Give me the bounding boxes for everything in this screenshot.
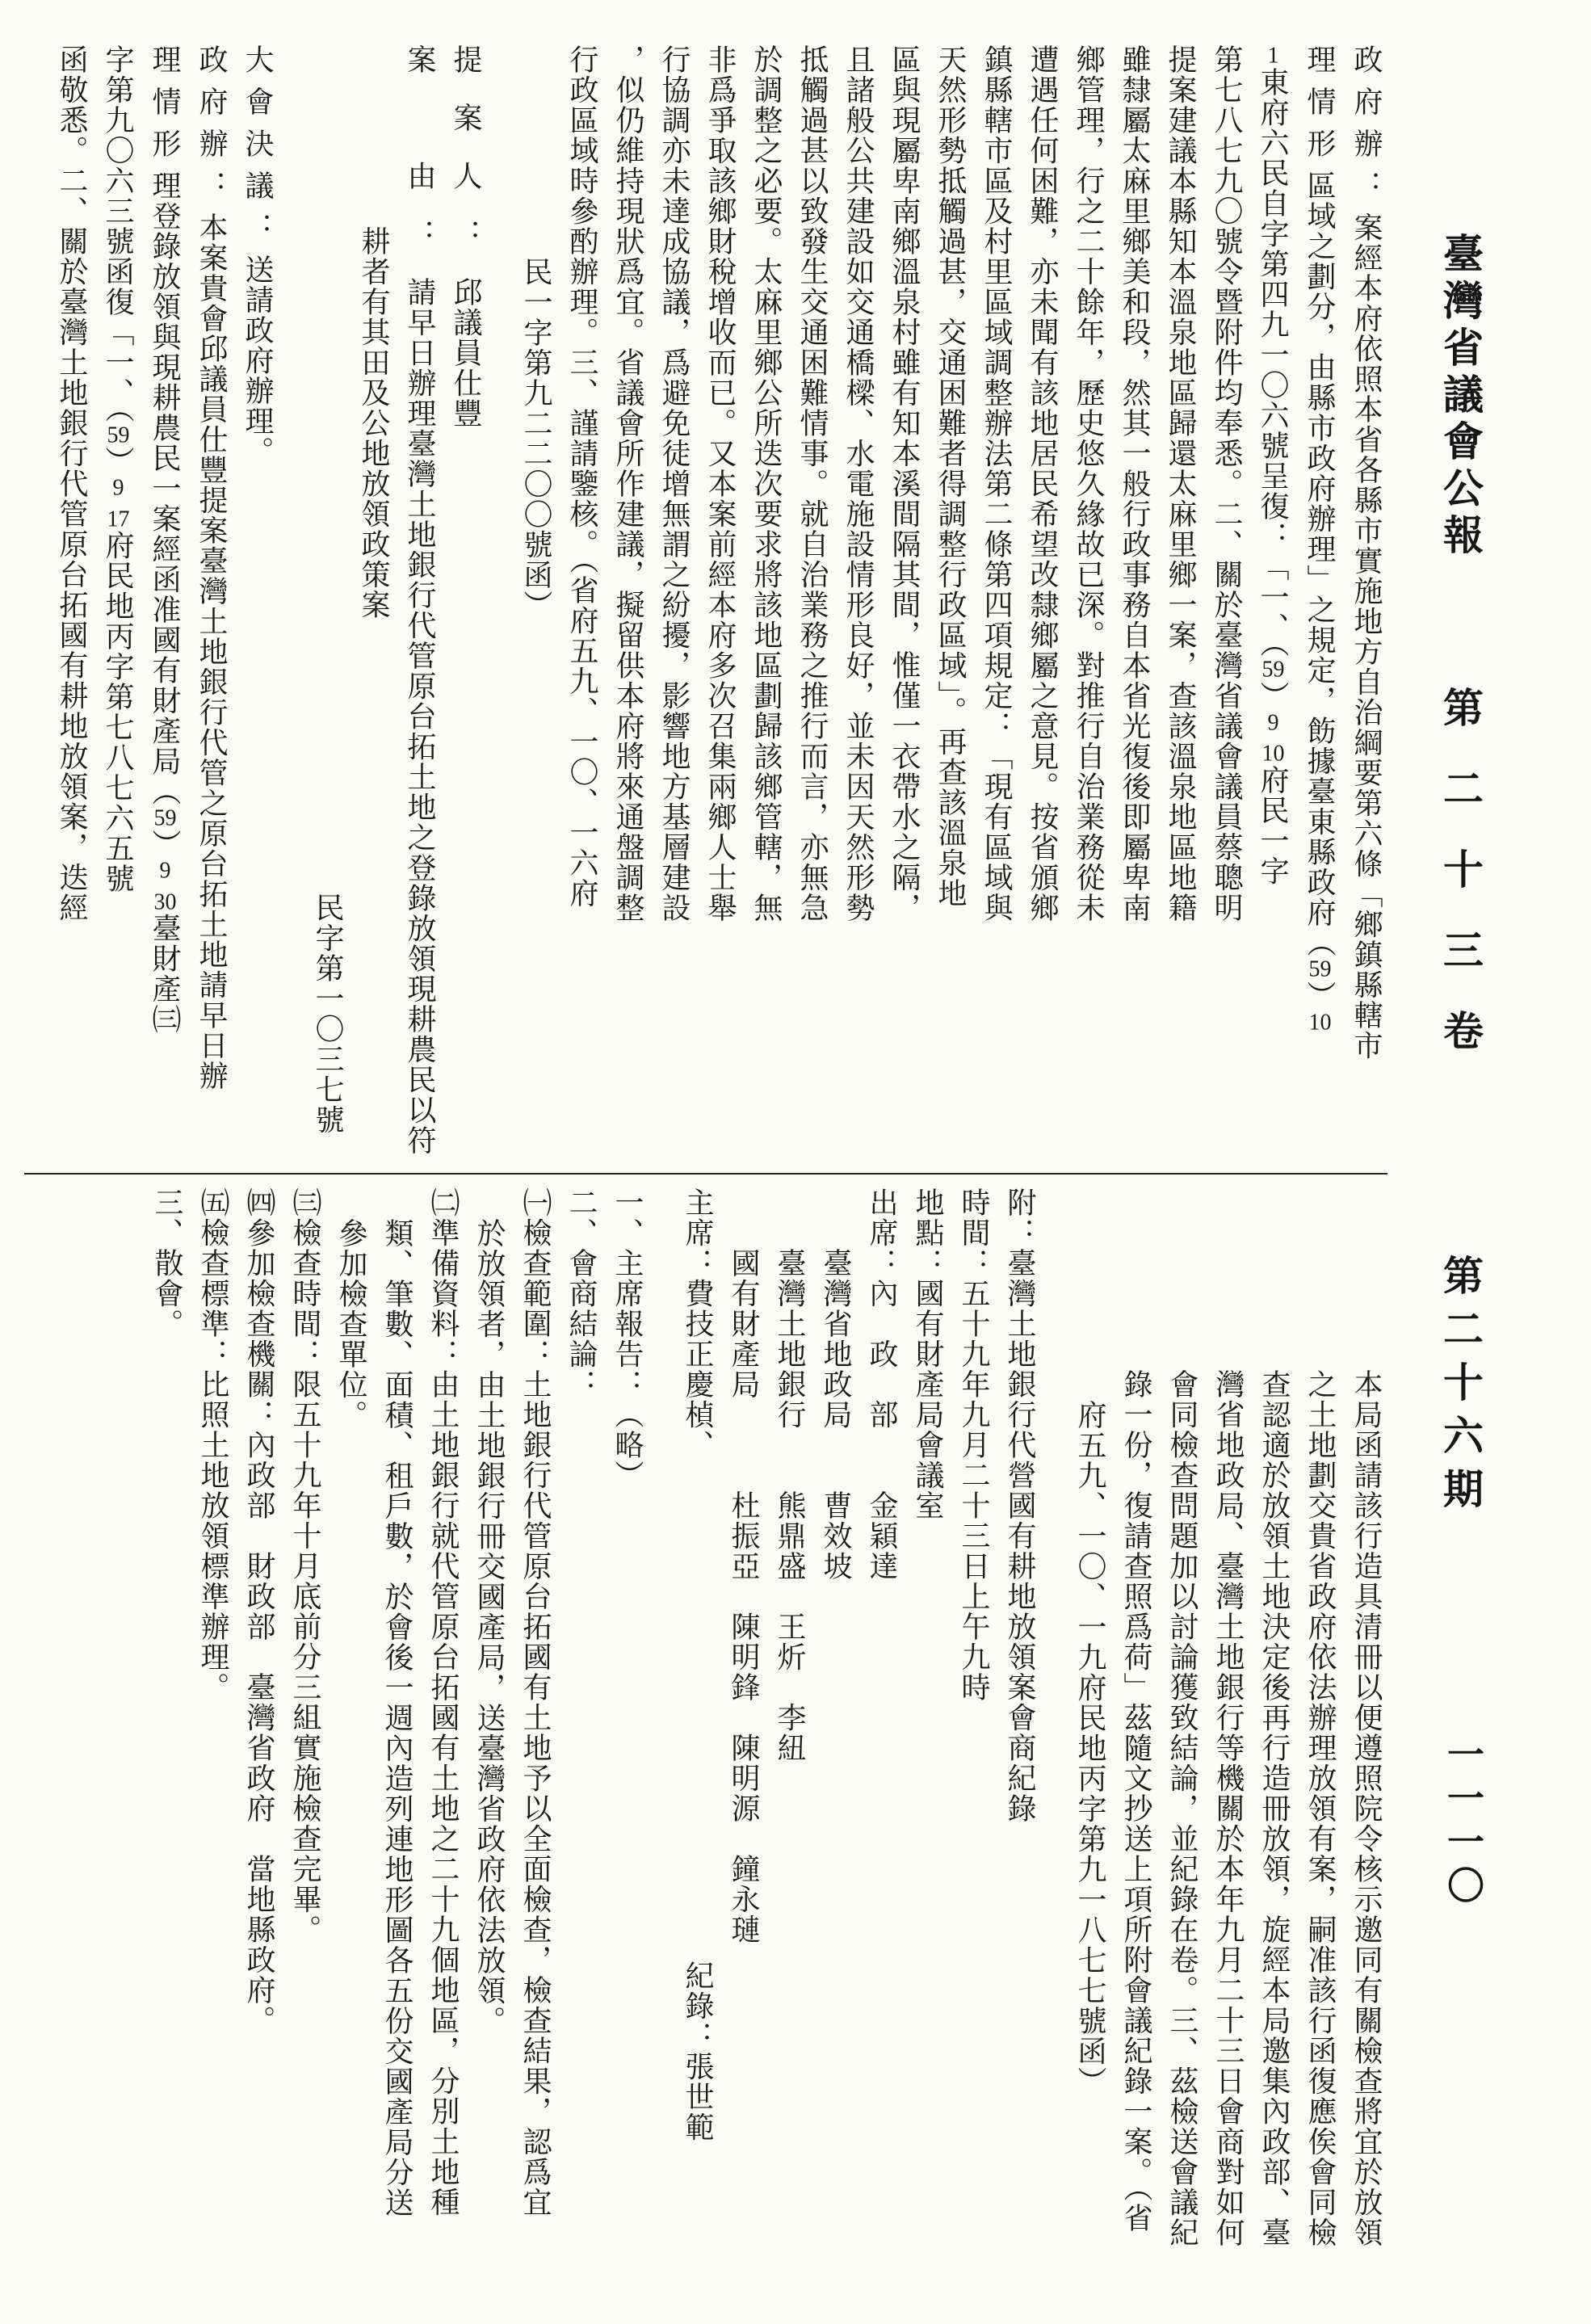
column-text: 二、會商結論： [565, 1187, 598, 1400]
column-text: 耕者有其田及公地放領政策案 [358, 226, 390, 620]
column-text: 送請政府辦理。 [241, 254, 274, 467]
column-text: ㈡準備資料：由土地銀行就代管原台拓國有土地之二十九個地區，分別土地種 [427, 1187, 460, 2217]
column-text: 本局函請該行造具清冊以便遵照院令核示邀同有關檢查將宜於放領 [1350, 1369, 1383, 2248]
column-text: 類、筆數、面積、租戶數，於會後一週內造列連地形圖各五份交國產局分送 [381, 1218, 413, 2218]
column-text: ㈤檢查標準：比照土地放領標準辦理。 [197, 1187, 229, 1703]
text-column: ㈠檢查範圍：土地銀行代管原台拓國有土地予以全面檢查，檢查結果，認爲宜 [512, 1187, 558, 2318]
field-label: 政府辦： [195, 44, 228, 212]
column-text: 灣省地政局、臺灣土地銀行等機關於本年九月二十三日會商對如何 [1212, 1369, 1245, 2248]
text-column: ㈣參加檢查機關：內政部 財政部 臺灣省政府 當地縣政府。 [236, 1187, 282, 2318]
column-text: 三、散會。 [151, 1187, 183, 1339]
text-column: 查認適於放領土地決定後再行造冊放領，旋經本局邀集內政部、臺 [1251, 1187, 1297, 2318]
text-column: 天然形勢抵觸過甚，交通困難者得調整行政區域」。再查該溫泉地 [927, 44, 973, 1167]
text-column: 政府辦：案經本府依照本省各縣市實施地方自治綱要第六條「鄉鎮縣轄市 [1343, 44, 1389, 1167]
column-text: 本案貴會邱議員仕豐提案臺灣土地銀行代管之原台拓土地請早日辦 [195, 212, 228, 1091]
publication-title: 臺灣省議會公報 [1431, 233, 1489, 561]
field-label: 大會決議： [241, 44, 274, 254]
column-text: 時間：五十九年九月二十三日上午九時 [958, 1187, 990, 1703]
text-column: 抵觸過甚以致發生交通困難情事。就自治業務之推行而言，亦無急 [789, 44, 835, 1167]
column-text: 理登錄放領與現耕農民一案經函准國有財產局（59）9 30臺財產㈢ [149, 170, 181, 1035]
text-column: 三、散會。 [144, 1187, 190, 2318]
text-column: 第七八七九〇號令暨附件均奉悉。二、關於臺灣省議會議員蔡聰明 [1203, 44, 1249, 1167]
page-number: 一一一〇 [1436, 1735, 1489, 1910]
top-article: 政府辦：案經本府依照本省各縣市實施地方自治綱要第六條「鄉鎮縣轄市理情形區域之劃分… [48, 44, 1389, 1167]
text-column: 國有財產局 杜振亞 陳明鋒 陳明源 鐘永璉 [720, 1187, 766, 2318]
gazette-page: 臺灣省議會公報 第二十三卷 第二十六期 一一一〇 政府辦：案經本府依照本省各縣市… [0, 0, 1591, 2324]
column-text: ，似仍維持現狀爲宜。省議會所作建議，擬留供本府將來通盤調整 [612, 44, 644, 923]
text-column: 民一字第九二二〇〇號函） [513, 44, 559, 1167]
text-column: 臺灣省地政局 曹效坡 [812, 1187, 858, 2318]
column-text: 且諸般公共建設如交通橋樑、水電施設情形良好，並未因天然形勢 [842, 44, 875, 923]
text-column: 案 由：請早日辦理臺灣土地銀行代管原台拓土地之登錄放領現耕農民以符 [397, 44, 443, 1167]
text-column: 附：臺灣土地銀行代營國有耕地放領案會商紀錄 [997, 1187, 1043, 2318]
column-text: ㈠檢查範圍：土地銀行代管原台拓國有土地予以全面檢查，檢查結果，認爲宜 [519, 1187, 552, 2217]
column-text: 第七八七九〇號令暨附件均奉悉。二、關於臺灣省議會議員蔡聰明 [1211, 44, 1243, 923]
column-text: 參加檢查單位。 [335, 1218, 367, 1431]
column-text: 於調整之必要。太麻里鄉公所迭次要求將該地區劃歸該鄉管轄，無 [750, 44, 783, 923]
column-text: 雖隸屬太麻里鄉美和段，然其一般行政事務自本省光復後即屬卑南 [1119, 44, 1151, 923]
column-text: 非爲爭取該鄉財稅增收而已。又本案前經本府多次召集兩鄉人士舉 [704, 44, 737, 923]
column-text: 區域之劃分，由縣市政府辦理」之規定，飭據臺東縣政府（59）10 [1303, 170, 1336, 1034]
column-text: 行政區域時參酌辦理。三、謹請鑒核。（省府五九、一〇、一六府 [566, 44, 598, 909]
column-text: 邱議員仕豐 [450, 277, 482, 429]
column-text: 臺灣省地政局 曹效坡 [820, 1248, 852, 1582]
column-text: 錄一份，復請查照爲荷」茲隨文抄送上項所附會議紀錄一案。（省 [1120, 1369, 1152, 2234]
column-text: 抵觸過甚以致發生交通困難情事。就自治業務之推行而言，亦無急 [796, 44, 829, 923]
column-text: 之土地劃交貴省政府依法辦理放領有案，嗣准該行函復應俟會同檢 [1304, 1369, 1337, 2248]
column-text: 會同檢查問題加以討論獲致結論，並紀錄在卷。三、茲檢送會議紀 [1166, 1369, 1198, 2248]
column-text: 區與現屬卑南鄉溫泉村雖有知本溪間隔其間，惟僅一衣帶水之隔， [888, 44, 921, 923]
text-column: 臺灣土地銀行 熊鼎盛 王炘 李紐 [766, 1187, 812, 2318]
column-text: 1東府六民自字第四九一〇六號呈復：「一、（59）9 10府民一字 [1257, 44, 1289, 886]
text-column: 遭遇任何困難，亦未聞有該地居民希望改隸鄉屬之意見。按省頒鄉 [1019, 44, 1065, 1167]
column-text: 出席：內 政 部 金穎達 [866, 1187, 898, 1582]
column-text: ㈢檢查時間：限五十九年十月底前分三組實施檢查完畢。 [289, 1187, 321, 1945]
bottom-article: 本局函請該行造具清冊以便遵照院令核示邀同有關檢查將宜於放領之土地劃交貴省政府依法… [48, 1187, 1389, 2318]
column-text: 天然形勢抵觸過甚，交通困難者得調整行政區域」。再查該溫泉地 [934, 44, 967, 909]
column-text: 主席：費技正慶楨、 紀錄：張世範 [682, 1187, 714, 2142]
text-column: 提案建議本縣知本溫泉地區歸還太麻里鄉一案，查該溫泉地區地籍 [1157, 44, 1203, 1167]
section-divider [24, 1173, 1387, 1175]
column-text: 一、主席報告：（略） [611, 1187, 644, 1490]
text-column: 一、主席報告：（略） [604, 1187, 650, 2318]
text-column: 於放領者，由土地銀行冊交國產局，送臺灣省政府依法放領。 [466, 1187, 512, 2318]
column-text: 地點：國有財產局會議室 [912, 1187, 944, 1521]
text-column: 民字第一〇三七號 [304, 44, 351, 1167]
text-column: 於調整之必要。太麻里鄉公所迭次要求將該地區劃歸該鄉管轄，無 [743, 44, 789, 1167]
field-label: 案 由： [404, 44, 436, 277]
text-column: 提案人：邱議員仕豐 [443, 44, 489, 1167]
column-text: 案經本府依照本省各縣市實施地方自治綱要第六條「鄉鎮縣轄市 [1350, 212, 1383, 1061]
field-label: 提案人： [450, 44, 482, 277]
text-column: 本局函請該行造具清冊以便遵照院令核示邀同有關檢查將宜於放領 [1343, 1187, 1389, 2318]
text-column: 鄉管理，行之二十餘年，歷史悠久緣故已深。對推行自治業務從未 [1065, 44, 1111, 1167]
text-column: 之土地劃交貴省政府依法辦理放領有案，嗣准該行函復應俟會同檢 [1297, 1187, 1343, 2318]
column-text: 提案建議本縣知本溫泉地區歸還太麻里鄉一案，查該溫泉地區地籍 [1165, 44, 1197, 923]
column-text: 民一字第九二二〇〇號函） [520, 257, 552, 620]
text-column: ㈢檢查時間：限五十九年十月底前分三組實施檢查完畢。 [282, 1187, 328, 2318]
text-column: 且諸般公共建設如交通橋樑、水電施設情形良好，並未因天然形勢 [835, 44, 881, 1167]
text-column: 區與現屬卑南鄉溫泉村雖有知本溪間隔其間，惟僅一衣帶水之隔， [881, 44, 927, 1167]
text-column: 參加檢查單位。 [328, 1187, 374, 2318]
column-text: 請早日辦理臺灣土地銀行代管原台拓土地之登錄放領現耕農民以符 [404, 277, 436, 1156]
text-column: 政府辦：本案貴會邱議員仕豐提案臺灣土地銀行代管之原台拓土地請早日辦 [188, 44, 234, 1167]
text-column: 大會決議：送請政府辦理。 [234, 44, 280, 1167]
text-column: ㈤檢查標準：比照土地放領標準辦理。 [190, 1187, 236, 2318]
text-column: ，似仍維持現狀爲宜。省議會所作建議，擬留供本府將來通盤調整 [605, 44, 651, 1167]
text-column: 地點：國有財產局會議室 [905, 1187, 951, 2318]
text-column: 錄一份，復請查照爲荷」茲隨文抄送上項所附會議紀錄一案。（省 [1113, 1187, 1159, 2318]
column-text: 字第九〇六三號函復「一、（59）9 17府民地丙字第七八七六五號 [102, 44, 134, 894]
field-label: 政府辦： [1350, 44, 1383, 212]
text-column: 會同檢查問題加以討論獲致結論，並紀錄在卷。三、茲檢送會議紀 [1159, 1187, 1205, 2318]
field-label: 理情形 [149, 44, 181, 170]
column-text: 府五九、一〇、一九府民地丙字第九一八七七號函） [1074, 1400, 1106, 2097]
column-text: 遭遇任何困難，亦未聞有該地居民希望改隸鄉屬之意見。按省頒鄉 [1026, 44, 1059, 923]
volume-label: 第二十三卷 [1431, 687, 1489, 1091]
text-column: 鎮縣轄市區及村里區域調整辦法第二條第四項規定：「現有區域與 [973, 44, 1019, 1167]
text-column: 類、筆數、面積、租戶數，於會後一週內造列連地形圖各五份交國產局分送 [374, 1187, 420, 2318]
text-column: 耕者有其田及公地放領政策案 [351, 44, 397, 1167]
column-text: 國有財產局 杜振亞 陳明鋒 陳明源 鐘永璉 [728, 1248, 760, 1945]
column-text: 函敬悉。二、關於臺灣土地銀行代管原台拓國有耕地放領案，迭經 [56, 44, 88, 923]
text-column: 行政區域時參酌辦理。三、謹請鑒核。（省府五九、一〇、一六府 [559, 44, 605, 1167]
text-column: 雖隸屬太麻里鄉美和段，然其一般行政事務自本省光復後即屬卑南 [1111, 44, 1157, 1167]
column-text: 行協調亦未達成協議，爲避免徒增無謂之紛擾，影響地方基層建設 [658, 44, 691, 923]
column-text: ㈣參加檢查機關：內政部 財政部 臺灣省政府 當地縣政府。 [243, 1187, 275, 2036]
text-column: 非爲爭取該鄉財稅增收而已。又本案前經本府多次召集兩鄉人士舉 [697, 44, 743, 1167]
text-column: 主席：費技正慶楨、 紀錄：張世範 [674, 1187, 720, 2318]
text-column: 時間：五十九年九月二十三日上午九時 [951, 1187, 997, 2318]
text-column: ㈡準備資料：由土地銀行就代管原台拓國有土地之二十九個地區，分別土地種 [420, 1187, 466, 2318]
text-column: 二、會商結論： [558, 1187, 604, 2318]
column-text: 民字第一〇三七號 [312, 893, 344, 1135]
field-label: 理情形 [1303, 44, 1336, 170]
text-column: 函敬悉。二、關於臺灣土地銀行代管原台拓國有耕地放領案，迭經 [48, 44, 94, 1167]
column-text: 查認適於放領土地決定後再行造冊放領，旋經本局邀集內政部、臺 [1258, 1369, 1291, 2248]
column-text: 臺灣土地銀行 熊鼎盛 王炘 李紐 [774, 1248, 806, 1763]
text-column: 府五九、一〇、一九府民地丙字第九一八七七號函） [1067, 1187, 1113, 2318]
text-column: 灣省地政局、臺灣土地銀行等機關於本年九月二十三日會商對如何 [1205, 1187, 1251, 2318]
text-column: 字第九〇六三號函復「一、（59）9 17府民地丙字第七八七六五號 [94, 44, 141, 1167]
column-text: 鎮縣轄市區及村里區域調整辦法第二條第四項規定：「現有區域與 [980, 44, 1013, 923]
column-text: 附：臺灣土地銀行代營國有耕地放領案會商紀錄 [1004, 1187, 1036, 1824]
text-column: 1東府六民自字第四九一〇六號呈復：「一、（59）9 10府民一字 [1249, 44, 1296, 1167]
text-column: 出席：內 政 部 金穎達 [858, 1187, 905, 2318]
text-column: 理情形區域之劃分，由縣市政府辦理」之規定，飭據臺東縣政府（59）10 [1296, 44, 1343, 1167]
column-text: 鄉管理，行之二十餘年，歷史悠久緣故已深。對推行自治業務從未 [1073, 44, 1105, 923]
issue-label: 第二十六期 [1431, 1254, 1489, 1521]
column-text: 於放領者，由土地銀行冊交國產局，送臺灣省政府依法放領。 [473, 1218, 506, 2036]
text-column: 行協調亦未達成協議，爲避免徒增無謂之紛擾，影響地方基層建設 [651, 44, 697, 1167]
text-column: 理情形理登錄放領與現耕農民一案經函准國有財產局（59）9 30臺財產㈢ [141, 44, 188, 1167]
